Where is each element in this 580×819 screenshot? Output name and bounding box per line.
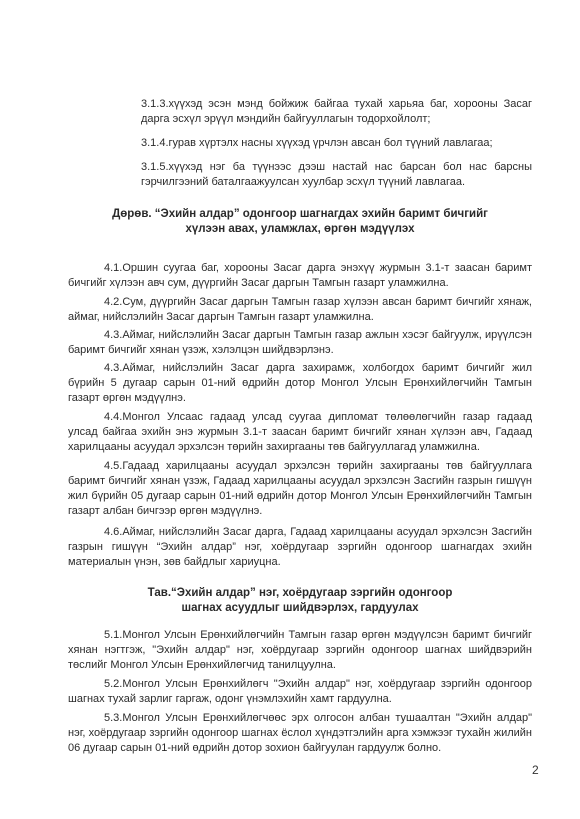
paragraph-5-3: 5.3.Монгол Улсын Ерөнхийлөгчөөс эрх олго… [68,711,532,756]
section-5-heading: Тав.“Эхийн алдар” нэг, хоёрдугаар зэргий… [60,586,540,616]
paragraph-4-5: 4.5.Гадаад харилцааны асуудал эрхэлсэн т… [68,459,532,519]
section-4-heading-line2: хүлээн авах, уламжлах, өргөн мэдүүлэх [60,222,540,237]
section-5-heading-line1: Тав.“Эхийн алдар” нэг, хоёрдугаар зэргий… [60,586,540,601]
paragraph-4-6: 4.6.Аймаг, нийслэлийн Засаг дарга, Гадаа… [68,525,532,570]
section-4-heading-line1: Дөрөв. “Эхийн алдар” одонгоор шагнагдах … [60,207,540,222]
page-number: 2 [532,763,539,777]
paragraph-4-1: 4.1.Оршин суугаа баг, хорооны Засаг дарг… [68,261,532,291]
paragraph-4-3b: 4.3.Аймаг, нийслэлийн Засаг дарга захира… [68,361,532,406]
paragraph-5-1: 5.1.Монгол Улсын Ерөнхийлөгчийн Тамгын г… [68,628,532,673]
section-4-heading: Дөрөв. “Эхийн алдар” одонгоор шагнагдах … [60,207,540,237]
item-3-1-4: 3.1.4.гурав хүртэлх насны хүүхэд үрчлэн … [141,136,532,151]
paragraph-4-3: 4.3.Аймаг, нийслэлийн Засаг даргын Тамгы… [68,328,532,358]
paragraph-4-2: 4.2.Сум, дүүргийн Засаг даргын Тамгын га… [68,295,532,325]
item-3-1-5: 3.1.5.хүүхэд нэг ба түүнээс дээш настай … [141,160,532,190]
paragraph-4-4: 4.4.Монгол Улсаас гадаад улсад суугаа ди… [68,410,532,455]
paragraph-5-2: 5.2.Монгол Улсын Ерөнхийлөгч "Эхийн алда… [68,677,532,707]
item-3-1-3: 3.1.3.хүүхэд эсэн мэнд бойжиж байгаа тух… [141,97,532,127]
document-page: 3.1.3.хүүхэд эсэн мэнд бойжиж байгаа тух… [0,0,580,819]
section-5-heading-line2: шагнах асуудлыг шийдвэрлэх, гардуулах [60,601,540,616]
